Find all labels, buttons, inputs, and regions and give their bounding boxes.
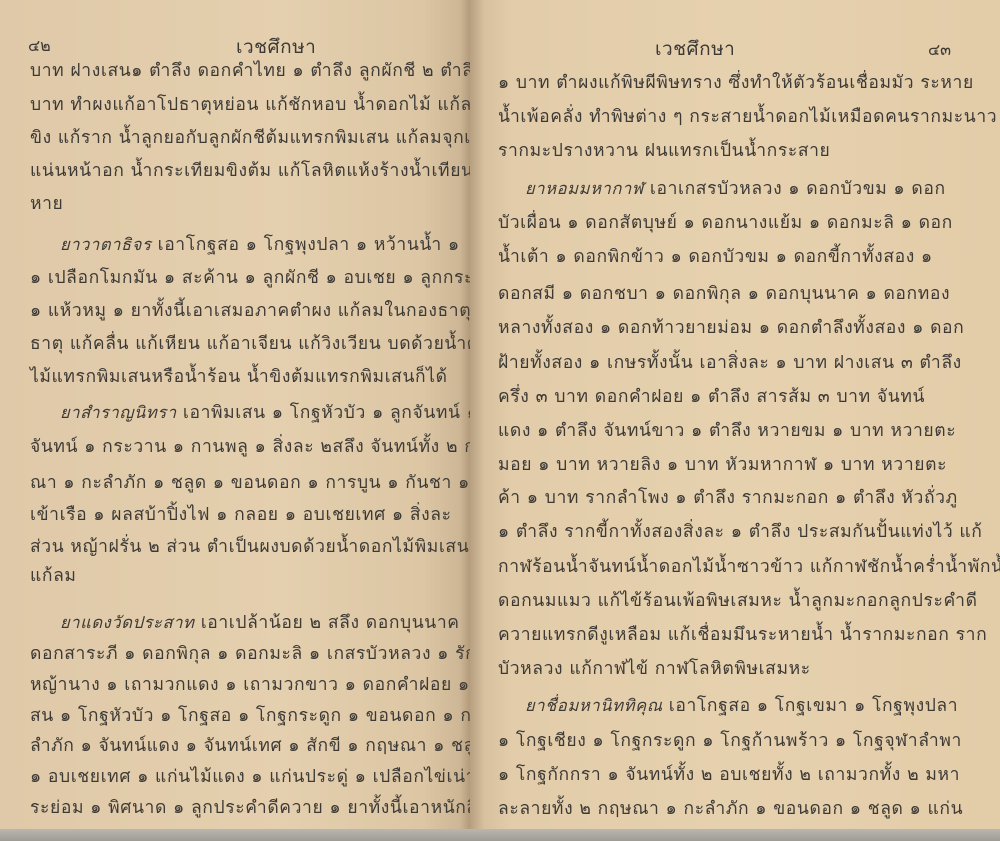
line-text: เอาพิมเสน ๑ โกฐหัวบัว ๑ ลูกจันทน์ ๑ ดอก: [177, 403, 471, 423]
line-text: บาท ฝางเสน๑ ตำลึง ดอกคำไทย ๑ ตำลึง ลูกผั…: [30, 61, 471, 81]
recipe-name: ยาวาตาธิจร: [60, 235, 151, 254]
text-line: ค้า ๑ บาท รากลำโพง ๑ ตำลึง รากมะกอก ๑ ตำ…: [498, 483, 958, 511]
text-line: หลางทั้งสอง ๑ ดอกท้าวยายม่อม ๑ ดอกตำลึงท…: [498, 313, 964, 341]
text-line: บัวเผื่อน ๑ ดอกสัตบุษย์ ๑ ดอกนางแย้ม ๑ ด…: [498, 208, 953, 236]
line-text: น้ำเต้า ๑ ดอกพิกข้าว ๑ ดอกบัวขม ๑ ดอกขี้…: [498, 247, 933, 267]
text-line: ๑ บาท ตำผงแก้พิษผีพิษทราง ซึ่งทำให้ตัวร้…: [498, 68, 974, 96]
recipe-name: ยาแดงวัดประสาท: [60, 613, 195, 632]
text-line: หญ้านาง ๑ เถามวกแดง ๑ เถามวกขาว ๑ ดอกคำฝ…: [30, 670, 471, 698]
right-page-number: ๔๓: [928, 38, 951, 63]
line-text: ดอกสาระภี ๑ ดอกพิกุล ๑ ดอกมะลิ ๑ เกสรบัว…: [30, 644, 471, 664]
text-line: ดอกสมี ๑ ดอกชบา ๑ ดอกพิกุล ๑ ดอกบุนนาค ๑…: [498, 279, 950, 307]
line-text: เข้าเรือ ๑ ผลสบ้าปิ้งไฟ ๑ กลอย ๑ อบเชยเท…: [30, 505, 452, 525]
line-text: เอาเกสรบัวหลวง ๑ ดอกบัวขม ๑ ดอก: [644, 179, 946, 199]
line-text: แดง ๑ ตำลึง จันทน์ขาว ๑ ตำลึง หวายขม ๑ บ…: [498, 421, 956, 441]
text-line: ลำภัก ๑ จันทน์แดง ๑ จันทน์เทศ ๑ สักขี ๑ …: [30, 731, 471, 759]
line-text: ขิง แก้ราก น้ำลูกยอกับลูกผักชีต้มแทรกพิม…: [30, 128, 471, 148]
line-text: ลำภัก ๑ จันทน์แดง ๑ จันทน์เทศ ๑ สักขี ๑ …: [30, 736, 471, 756]
line-text: รากมะปรางหวาน ฝนแทรกเป็นน้ำกระสาย: [498, 141, 830, 161]
line-text: กาฬร้อนน้ำจันทน์น้ำดอกไม้น้ำซาวข้าว แก้ก…: [498, 557, 1000, 577]
line-text: ดอกสมี ๑ ดอกชบา ๑ ดอกพิกุล ๑ ดอกบุนนาค ๑…: [498, 284, 950, 304]
line-text: ๑ อบเชยเทศ ๑ แก่นไม้แดง ๑ แก่นประดู่ ๑ เ…: [30, 767, 471, 787]
text-line: บาท ฝางเสน๑ ตำลึง ดอกคำไทย ๑ ตำลึง ลูกผั…: [30, 56, 471, 84]
line-text: ละลายทั้ง ๒ กฤษณา ๑ กะลำภัก ๑ ขอนดอก ๑ ช…: [498, 799, 963, 819]
text-line: ระย่อม ๑ พิศนาด ๑ ลูกประคำดีควาย ๑ ยาทั้…: [30, 793, 471, 821]
text-line: ดอกนมแมว แก้ไข้ร้อนเพ้อพิษเสมหะ น้ำลูกมะ…: [498, 586, 978, 614]
text-line: ส่วน หญ้าฝรั่น ๒ ส่วน ตำเป็นผงบดด้วยน้ำด…: [30, 532, 469, 560]
line-text: หญ้านาง ๑ เถามวกแดง ๑ เถามวกขาว ๑ ดอกคำฝ…: [30, 675, 471, 695]
line-text: บาท ทำผงแก้อาโปธาตุหย่อน แก้ชักหอบ น้ำดอ…: [30, 95, 471, 115]
text-line: มอย ๑ บาท หวายลิง ๑ บาท หัวมหากาฬ ๑ บาท …: [498, 450, 947, 478]
line-text: สน ๑ โกฐหัวบัว ๑ โกฐสอ ๑ โกฐกระดูก ๑ ขอน…: [30, 706, 471, 726]
line-text: ระย่อม ๑ พิศนาด ๑ ลูกประคำดีควาย ๑ ยาทั้…: [30, 798, 471, 818]
text-line: ๑ เปลือกโมกมัน ๑ สะค้าน ๑ ลูกผักชี ๑ อบเ…: [30, 263, 471, 291]
text-line: แดง ๑ ตำลึง จันทน์ขาว ๑ ตำลึง หวายขม ๑ บ…: [498, 416, 956, 444]
text-line: ๑ อบเชยเทศ ๑ แก่นไม้แดง ๑ แก่นประดู่ ๑ เ…: [30, 762, 471, 790]
text-line: แก้ลม: [30, 561, 77, 589]
line-text: ๑ เปลือกโมกมัน ๑ สะค้าน ๑ ลูกผักชี ๑ อบเ…: [30, 268, 471, 288]
table-surface: [0, 829, 1000, 841]
line-text: ณา ๑ กะลำภัก ๑ ชลูด ๑ ขอนดอก ๑ การบูน ๑ …: [30, 473, 471, 493]
text-line: ควายแทรกดีงูเหลือม แก้เชื่อมมึนระหายน้ำ …: [498, 620, 987, 648]
line-text: ๑ บาท ตำผงแก้พิษผีพิษทราง ซึ่งทำให้ตัวร้…: [498, 73, 974, 93]
line-text: ธาตุ แก้คลื่น แก้เหียน แก้อาเจียน แก้วิง…: [30, 334, 471, 354]
text-line: ณา ๑ กะลำภัก ๑ ชลูด ๑ ขอนดอก ๑ การบูน ๑ …: [30, 468, 471, 496]
recipe-heading-line: ยาสำราญนิทรา เอาพิมเสน ๑ โกฐหัวบัว ๑ ลูก…: [60, 398, 471, 426]
recipe-name: ยาหอมมหากาฬ: [525, 179, 644, 198]
line-text: ไม้แทรกพิมเสนหรือน้ำร้อน น้ำขิงต้มแทรกพิ…: [30, 367, 448, 387]
text-line: จันทน์ ๑ กระวาน ๑ กานพลู ๑ สิ่งละ ๒สลึง …: [30, 432, 471, 460]
text-line: ละลายทั้ง ๒ กฤษณา ๑ กะลำภัก ๑ ขอนดอก ๑ ช…: [498, 794, 963, 822]
line-text: บัวเผื่อน ๑ ดอกสัตบุษย์ ๑ ดอกนางแย้ม ๑ ด…: [498, 213, 953, 233]
line-text: เอาโกฐสอ ๑ โกฐเขมา ๑ โกฐพุงปลา: [663, 696, 959, 716]
line-text: หลางทั้งสอง ๑ ดอกท้าวยายม่อม ๑ ดอกตำลึงท…: [498, 318, 964, 338]
recipe-heading-line: ยาชื่อมหานิททิคุณ เอาโกฐสอ ๑ โกฐเขมา ๑ โ…: [525, 691, 958, 719]
line-text: แก้ลม: [30, 566, 77, 586]
text-line: เข้าเรือ ๑ ผลสบ้าปิ้งไฟ ๑ กลอย ๑ อบเชยเท…: [30, 500, 452, 528]
line-text: ๑ โกฐเชียง ๑ โกฐกระดูก ๑ โกฐก้านพร้าว ๑ …: [498, 731, 962, 751]
recipe-heading-line: ยาแดงวัดประสาท เอาเปล้าน้อย ๒ สลึง ดอกบุ…: [60, 608, 460, 636]
line-text: ครึ่ง ๓ บาท ดอกคำฝอย ๑ ตำลึง สารส้ม ๓ บา…: [498, 387, 925, 407]
recipe-heading-line: ยาหอมมหากาฬ เอาเกสรบัวหลวง ๑ ดอกบัวขม ๑ …: [525, 174, 946, 202]
recipe-name: ยาสำราญนิทรา: [60, 403, 177, 422]
line-text: ค้า ๑ บาท รากลำโพง ๑ ตำลึง รากมะกอก ๑ ตำ…: [498, 488, 958, 508]
line-text: จันทน์ ๑ กระวาน ๑ กานพลู ๑ สิ่งละ ๒สลึง …: [30, 437, 471, 457]
text-line: ดอกสาระภี ๑ ดอกพิกุล ๑ ดอกมะลิ ๑ เกสรบัว…: [30, 639, 471, 667]
line-text: แน่นหน้าอก น้ำกระเทียมขิงต้ม แก้โลหิตแห้…: [30, 161, 471, 181]
text-line: บัวหลวง แก้กาฬไข้ กาฬโลหิตพิษเสมหะ: [498, 654, 811, 682]
line-text: น้ำเพ้อคลั่ง ทำพิษต่าง ๆ กระสายน้ำดอกไม้…: [498, 107, 997, 127]
left-page: ๔๒ เวชศึกษา บาท ฝางเสน๑ ตำลึง ดอกคำไทย ๑…: [0, 0, 471, 832]
line-text: บัวหลวง แก้กาฬไข้ กาฬโลหิตพิษเสมหะ: [498, 659, 811, 679]
text-line: บาท ทำผงแก้อาโปธาตุหย่อน แก้ชักหอบ น้ำดอ…: [30, 90, 471, 118]
text-line: ๑ ตำลึง รากขี้กาทั้งสองสิ่งละ ๑ ตำลึง ปร…: [498, 517, 983, 545]
line-text: หาย: [30, 194, 63, 214]
text-line: สน ๑ โกฐหัวบัว ๑ โกฐสอ ๑ โกฐกระดูก ๑ ขอน…: [30, 701, 471, 729]
recipe-name: ยาชื่อมหานิททิคุณ: [525, 696, 663, 715]
text-line: ธาตุ แก้คลื่น แก้เหียน แก้อาเจียน แก้วิง…: [30, 329, 471, 357]
line-text: ส่วน หญ้าฝรั่น ๒ ส่วน ตำเป็นผงบดด้วยน้ำด…: [30, 537, 469, 557]
line-text: ๑ ตำลึง รากขี้กาทั้งสองสิ่งละ ๑ ตำลึง ปร…: [498, 522, 983, 542]
line-text: เอาเปล้าน้อย ๒ สลึง ดอกบุนนาค: [195, 613, 460, 633]
line-text: ดอกนมแมว แก้ไข้ร้อนเพ้อพิษเสมหะ น้ำลูกมะ…: [498, 591, 978, 611]
text-line: น้ำเต้า ๑ ดอกพิกข้าว ๑ ดอกบัวขม ๑ ดอกขี้…: [498, 242, 933, 270]
line-text: ๑ โกฐกักกรา ๑ จันทน์ทั้ง ๒ อบเชยทั้ง ๒ เ…: [498, 765, 960, 785]
text-line: ๑ แห้วหมู ๑ ยาทั้งนี้เอาเสมอภาคตำผง แก้ล…: [30, 296, 471, 324]
open-book-spread: ๔๒ เวชศึกษา บาท ฝางเสน๑ ตำลึง ดอกคำไทย ๑…: [0, 0, 1000, 832]
text-line: ฝ้ายทั้งสอง ๑ เกษรทั้งนั้น เอาสิ่งละ ๑ บ…: [498, 348, 962, 376]
line-text: ควายแทรกดีงูเหลือม แก้เชื่อมมึนระหายน้ำ …: [498, 625, 987, 645]
text-line: รากมะปรางหวาน ฝนแทรกเป็นน้ำกระสาย: [498, 136, 830, 164]
text-line: กาฬร้อนน้ำจันทน์น้ำดอกไม้น้ำซาวข้าว แก้ก…: [498, 552, 1000, 580]
text-line: ๑ โกฐกักกรา ๑ จันทน์ทั้ง ๒ อบเชยทั้ง ๒ เ…: [498, 760, 960, 788]
line-text: มอย ๑ บาท หวายลิง ๑ บาท หัวมหากาฬ ๑ บาท …: [498, 455, 947, 475]
text-line: ครึ่ง ๓ บาท ดอกคำฝอย ๑ ตำลึง สารส้ม ๓ บา…: [498, 382, 925, 410]
line-text: เอาโกฐสอ ๑ โกฐพุงปลา ๑ หว้านน้ำ ๑: [151, 235, 459, 255]
line-text: ๑ แห้วหมู ๑ ยาทั้งนี้เอาเสมอภาคตำผง แก้ล…: [30, 301, 471, 321]
text-line: แน่นหน้าอก น้ำกระเทียมขิงต้ม แก้โลหิตแห้…: [30, 156, 471, 184]
line-text: ฝ้ายทั้งสอง ๑ เกษรทั้งนั้น เอาสิ่งละ ๑ บ…: [498, 353, 962, 373]
text-line: ขิง แก้ราก น้ำลูกยอกับลูกผักชีต้มแทรกพิม…: [30, 123, 471, 151]
text-line: หาย: [30, 189, 63, 217]
right-page: เวชศึกษา ๔๓ ๑ บาท ตำผงแก้พิษผีพิษทราง ซึ…: [470, 0, 1000, 832]
text-line: ไม้แทรกพิมเสนหรือน้ำร้อน น้ำขิงต้มแทรกพิ…: [30, 362, 448, 390]
text-line: ๑ โกฐเชียง ๑ โกฐกระดูก ๑ โกฐก้านพร้าว ๑ …: [498, 726, 962, 754]
right-running-title: เวชศึกษา: [655, 34, 735, 64]
recipe-heading-line: ยาวาตาธิจร เอาโกฐสอ ๑ โกฐพุงปลา ๑ หว้านน…: [60, 230, 460, 258]
text-line: น้ำเพ้อคลั่ง ทำพิษต่าง ๆ กระสายน้ำดอกไม้…: [498, 102, 997, 130]
